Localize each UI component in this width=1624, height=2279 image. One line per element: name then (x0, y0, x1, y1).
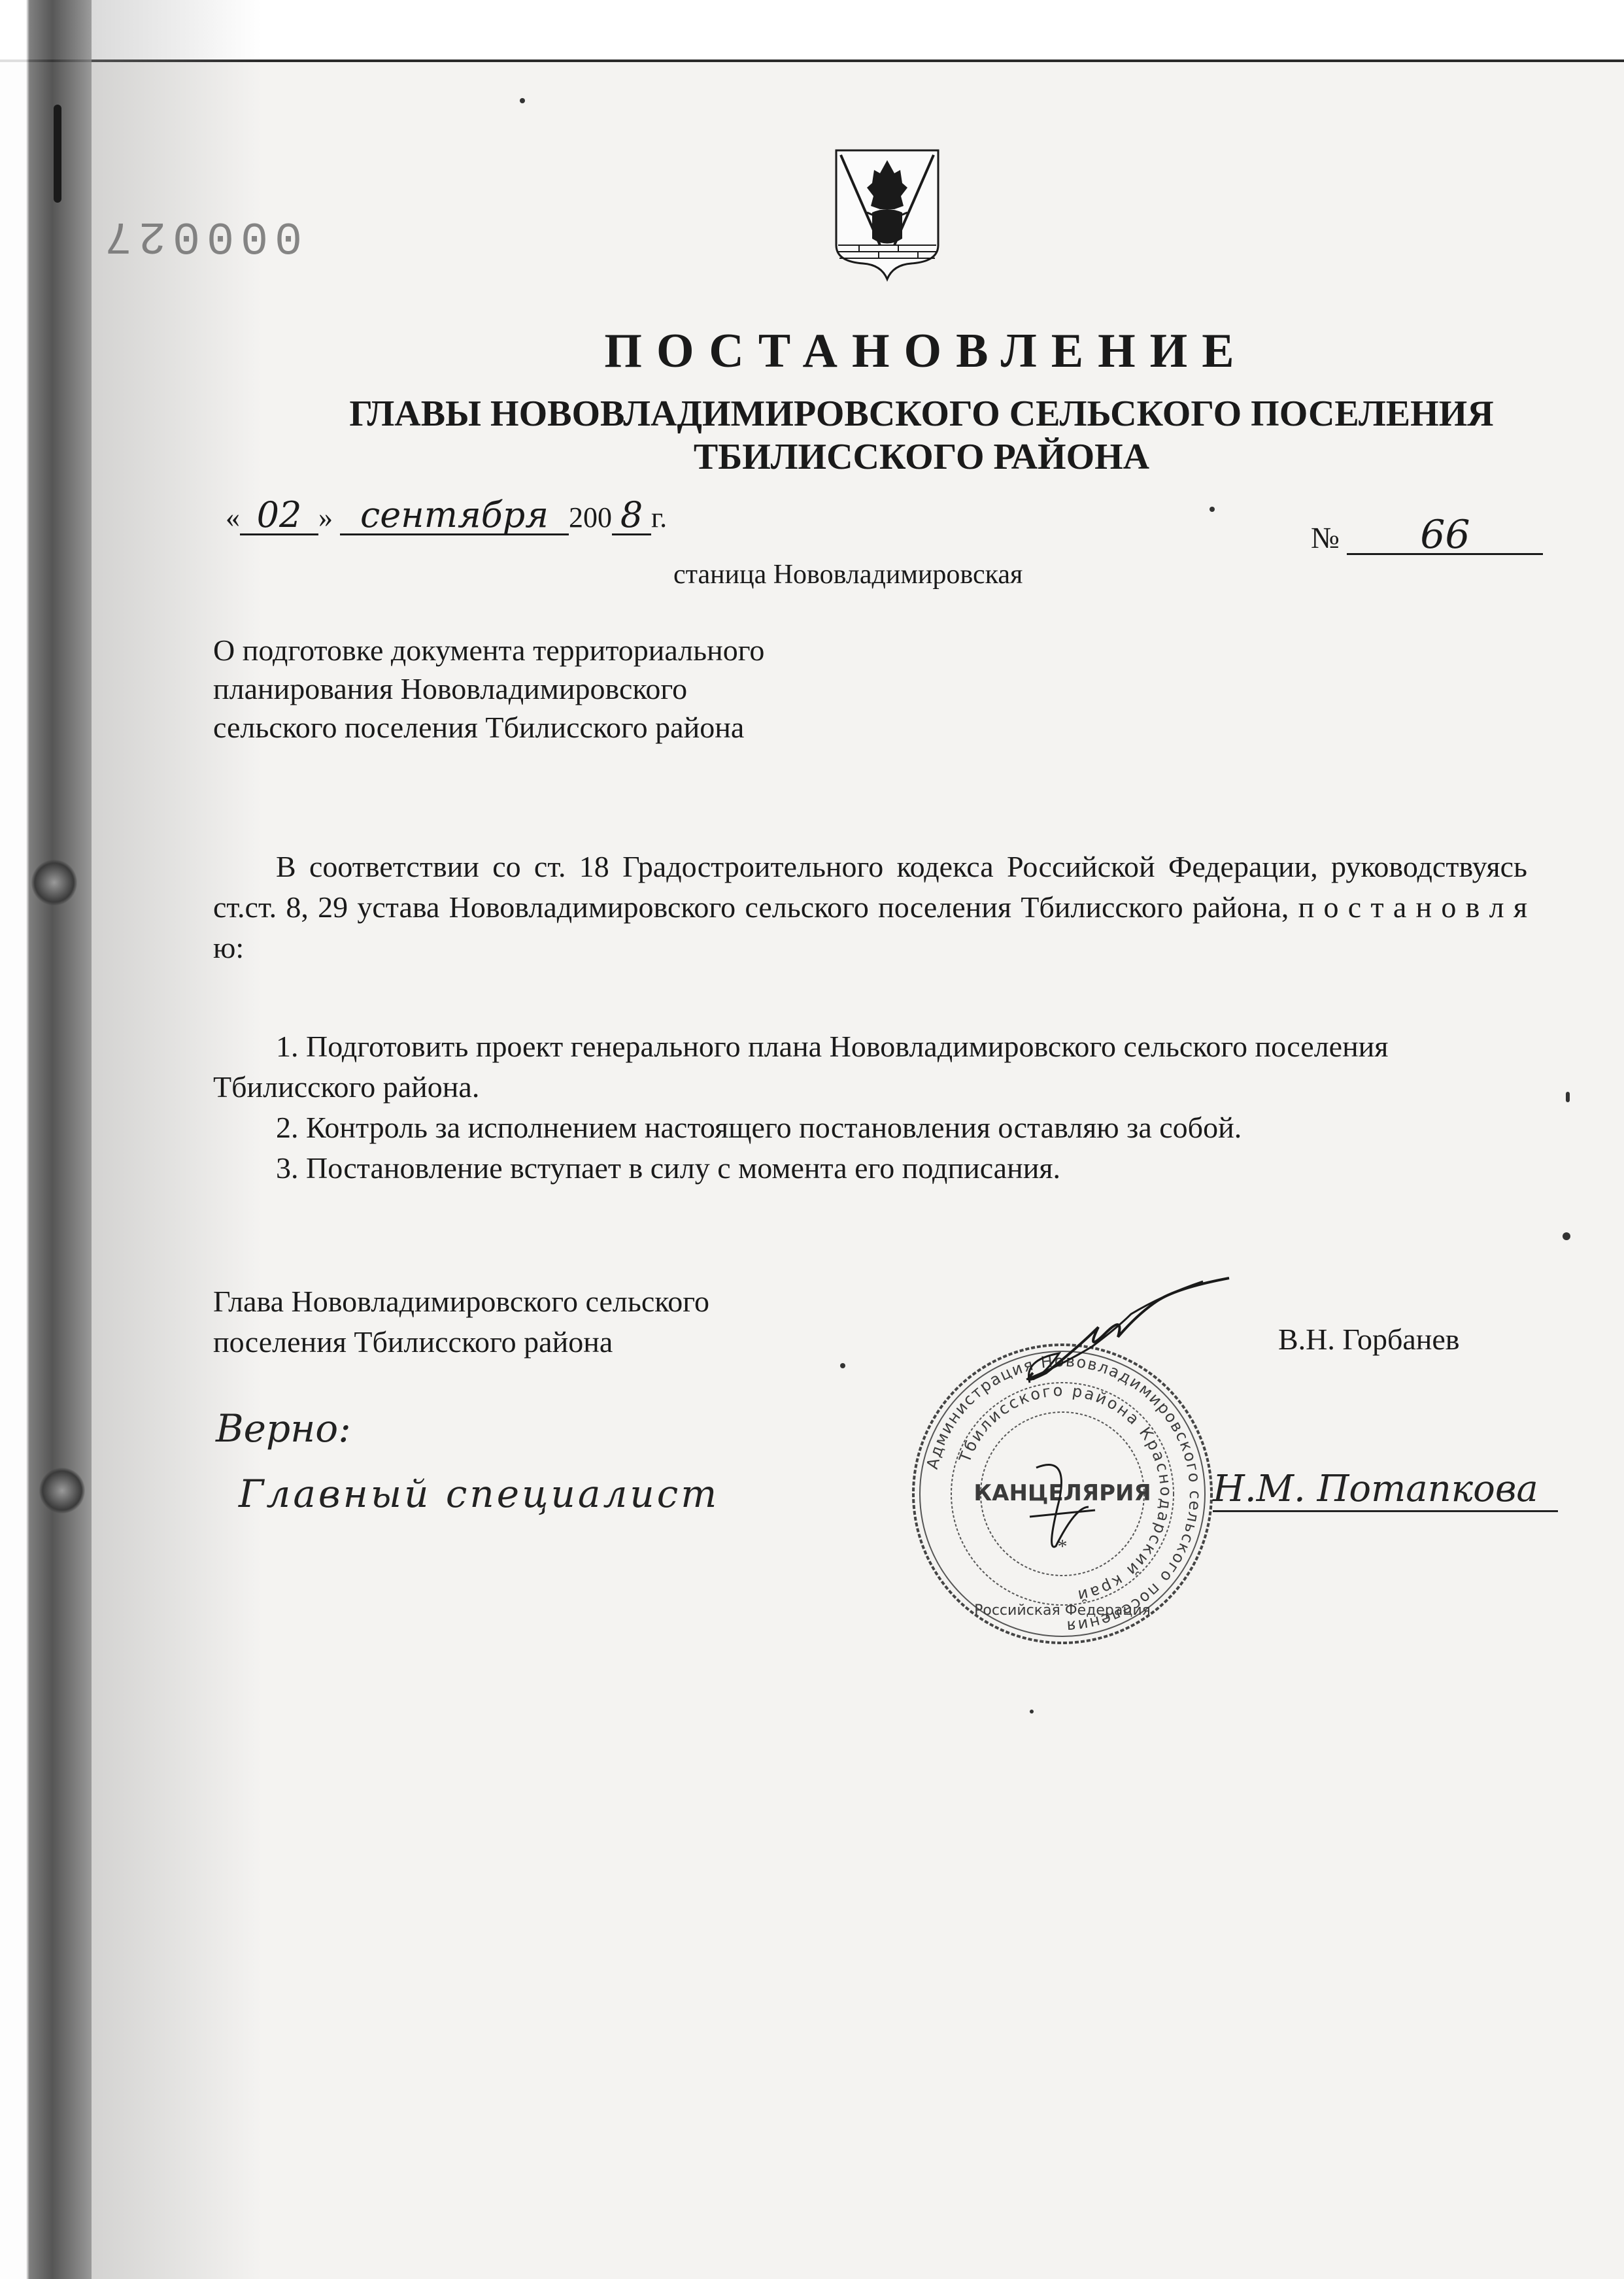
resolution-item: 1. Подготовить проект генерального плана… (213, 1026, 1527, 1107)
date-open-quote: « (226, 501, 240, 533)
resolution-items: 1. Подготовить проект генерального плана… (213, 1026, 1527, 1189)
margin-mark (54, 105, 61, 203)
date-year-unit: г. (651, 501, 667, 533)
number-value: 66 (1347, 516, 1543, 555)
scan-speck (1030, 1710, 1034, 1713)
date-day: 02 (240, 497, 318, 535)
signer-position-line-2: поселения Тбилисского района (213, 1322, 709, 1362)
archive-number-stamp: 000027 (98, 209, 302, 261)
preamble: В соответствии со ст. 18 Градостроительн… (213, 847, 1527, 968)
document-title: ПОСТАНОВЛЕНИЕ (0, 324, 1624, 379)
hole-punch-icon (39, 1468, 85, 1513)
certifier-signature: Н.М. Потапкова (1213, 1468, 1558, 1512)
scan-speck (1210, 507, 1215, 512)
issuer-heading: ГЛАВЫ НОВОВЛАДИМИРОВСКОГО СЕЛЬСКОГО ПОСЕ… (0, 392, 1624, 479)
seal-bottom-text: Российская Федерация (974, 1602, 1151, 1619)
date-month: сентября (340, 497, 569, 535)
issuer-line-2: ТБИЛИССКОГО РАЙОНА (219, 435, 1624, 479)
document-date: «02» сентября2008г. (226, 497, 667, 535)
document-subject: О подготовке документа территориального … (213, 631, 764, 747)
document-place: станица Нововладимировская (673, 559, 1023, 590)
scan-speck (520, 98, 525, 103)
certification-line-2: Главный специалист (216, 1461, 719, 1527)
seal-center-text: КАНЦЕЛЯРИЯ (973, 1480, 1151, 1506)
certification-note: Верно: Главный специалист (216, 1396, 719, 1527)
date-close-quote: » (318, 501, 333, 533)
scan-speck (840, 1363, 845, 1368)
subject-line: планирования Нововладимировского (213, 669, 764, 708)
document-number: № 66 (1311, 516, 1543, 555)
signature-block: Глава Нововладимировского сельского посе… (213, 1281, 709, 1362)
issuer-line-1: ГЛАВЫ НОВОВЛАДИМИРОВСКОГО СЕЛЬСКОГО ПОСЕ… (219, 392, 1624, 435)
signer-position-line-1: Глава Нововладимировского сельского (213, 1281, 709, 1322)
resolution-item: 3. Постановление вступает в силу с момен… (213, 1148, 1527, 1189)
subject-line: сельского поселения Тбилисского района (213, 708, 764, 747)
scan-speck (1566, 1092, 1570, 1102)
number-label: № (1311, 521, 1340, 554)
coat-of-arms-icon (833, 147, 941, 282)
date-year-suffix: 8 (612, 497, 651, 535)
date-year-prefix: 200 (569, 501, 612, 533)
certification-line-1: Верно: (216, 1396, 719, 1461)
signer-name: В.Н. Горбанев (1278, 1322, 1460, 1357)
preamble-text: В соответствии со ст. 18 Градостроительн… (213, 847, 1527, 968)
subject-line: О подготовке документа территориального (213, 631, 764, 669)
hole-punch-icon (31, 860, 77, 905)
resolution-item: 2. Контроль за исполнением настоящего по… (213, 1107, 1527, 1148)
scan-speck (1563, 1232, 1570, 1240)
signature-icon (1007, 1275, 1242, 1399)
